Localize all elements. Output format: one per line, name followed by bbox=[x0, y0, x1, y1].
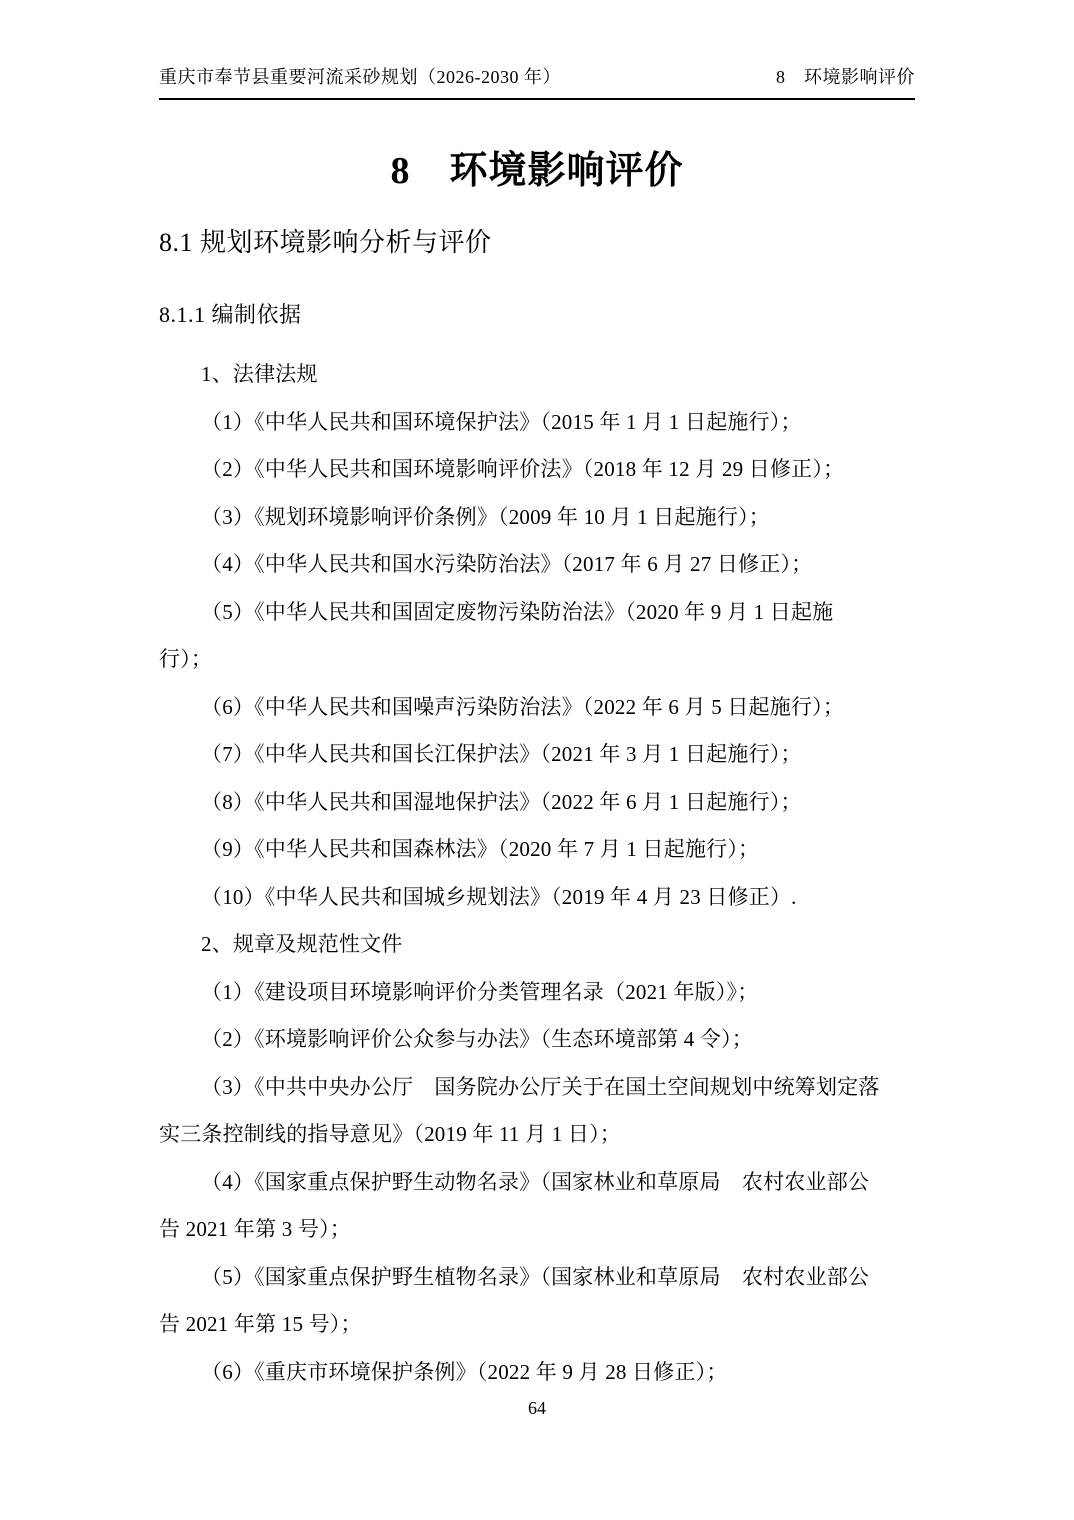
body-text: 1、法律法规 （1）《中华人民共和国环境保护法》（2015 年 1 月 1 日起… bbox=[159, 351, 915, 1396]
body-line-continuation: 实三条控制线的指导意见》（2019 年 11 月 1 日）； bbox=[159, 1111, 915, 1159]
body-line: 2、规章及规范性文件 bbox=[159, 921, 915, 969]
body-line: （5）《中华人民共和国固定废物污染防治法》（2020 年 9 月 1 日起施 bbox=[159, 589, 915, 637]
body-line: （7）《中华人民共和国长江保护法》（2021 年 3 月 1 日起施行）； bbox=[159, 731, 915, 779]
page-number: 64 bbox=[528, 1398, 546, 1418]
body-line: （1）《中华人民共和国环境保护法》（2015 年 1 月 1 日起施行）； bbox=[159, 399, 915, 447]
body-line: （2）《环境影响评价公众参与办法》（生态环境部第 4 令）； bbox=[159, 1016, 915, 1064]
body-line: （6）《重庆市环境保护条例》（2022 年 9 月 28 日修正）； bbox=[159, 1349, 915, 1397]
subsection-heading-8-1-1: 8.1.1 编制依据 bbox=[159, 302, 915, 328]
document-page: 重庆市奉节县重要河流采砂规划（2026-2030 年） 8 环境影响评价 8 环… bbox=[0, 0, 1074, 1520]
body-line-continuation: 行）； bbox=[159, 636, 915, 684]
body-line: （4）《中华人民共和国水污染防治法》（2017 年 6 月 27 日修正）； bbox=[159, 541, 915, 589]
chapter-title: 8 环境影响评价 bbox=[159, 146, 915, 196]
body-line: （2）《中华人民共和国环境影响评价法》（2018 年 12 月 29 日修正）； bbox=[159, 446, 915, 494]
body-line: （1）《建设项目环境影响评价分类管理名录（2021 年版）》； bbox=[159, 969, 915, 1017]
body-line: （9）《中华人民共和国森林法》（2020 年 7 月 1 日起施行）； bbox=[159, 826, 915, 874]
body-line: （8）《中华人民共和国湿地保护法》（2022 年 6 月 1 日起施行）； bbox=[159, 779, 915, 827]
section-heading-8-1: 8.1 规划环境影响分析与评价 bbox=[159, 228, 915, 258]
body-line: （6）《中华人民共和国噪声污染防治法》（2022 年 6 月 5 日起施行）； bbox=[159, 684, 915, 732]
body-line: （3）《中共中央办公厅 国务院办公厅关于在国土空间规划中统筹划定落 bbox=[159, 1064, 915, 1112]
header-left-title: 重庆市奉节县重要河流采砂规划（2026-2030 年） bbox=[159, 64, 561, 90]
body-line: （5）《国家重点保护野生植物名录》（国家林业和草原局 农村农业部公 bbox=[159, 1254, 915, 1302]
body-line: 1、法律法规 bbox=[159, 351, 915, 399]
body-line: （10）《中华人民共和国城乡规划法》（2019 年 4 月 23 日修正）. bbox=[159, 874, 915, 922]
running-header: 重庆市奉节县重要河流采砂规划（2026-2030 年） 8 环境影响评价 bbox=[159, 64, 915, 100]
page-footer: 64 bbox=[159, 1396, 915, 1420]
body-line-continuation: 告 2021 年第 3 号）； bbox=[159, 1206, 915, 1254]
body-line: （4）《国家重点保护野生动物名录》（国家林业和草原局 农村农业部公 bbox=[159, 1159, 915, 1207]
body-line: （3）《规划环境影响评价条例》（2009 年 10 月 1 日起施行）； bbox=[159, 494, 915, 542]
body-line-continuation: 告 2021 年第 15 号）； bbox=[159, 1301, 915, 1349]
header-right-chapter: 8 环境影响评价 bbox=[776, 64, 915, 90]
